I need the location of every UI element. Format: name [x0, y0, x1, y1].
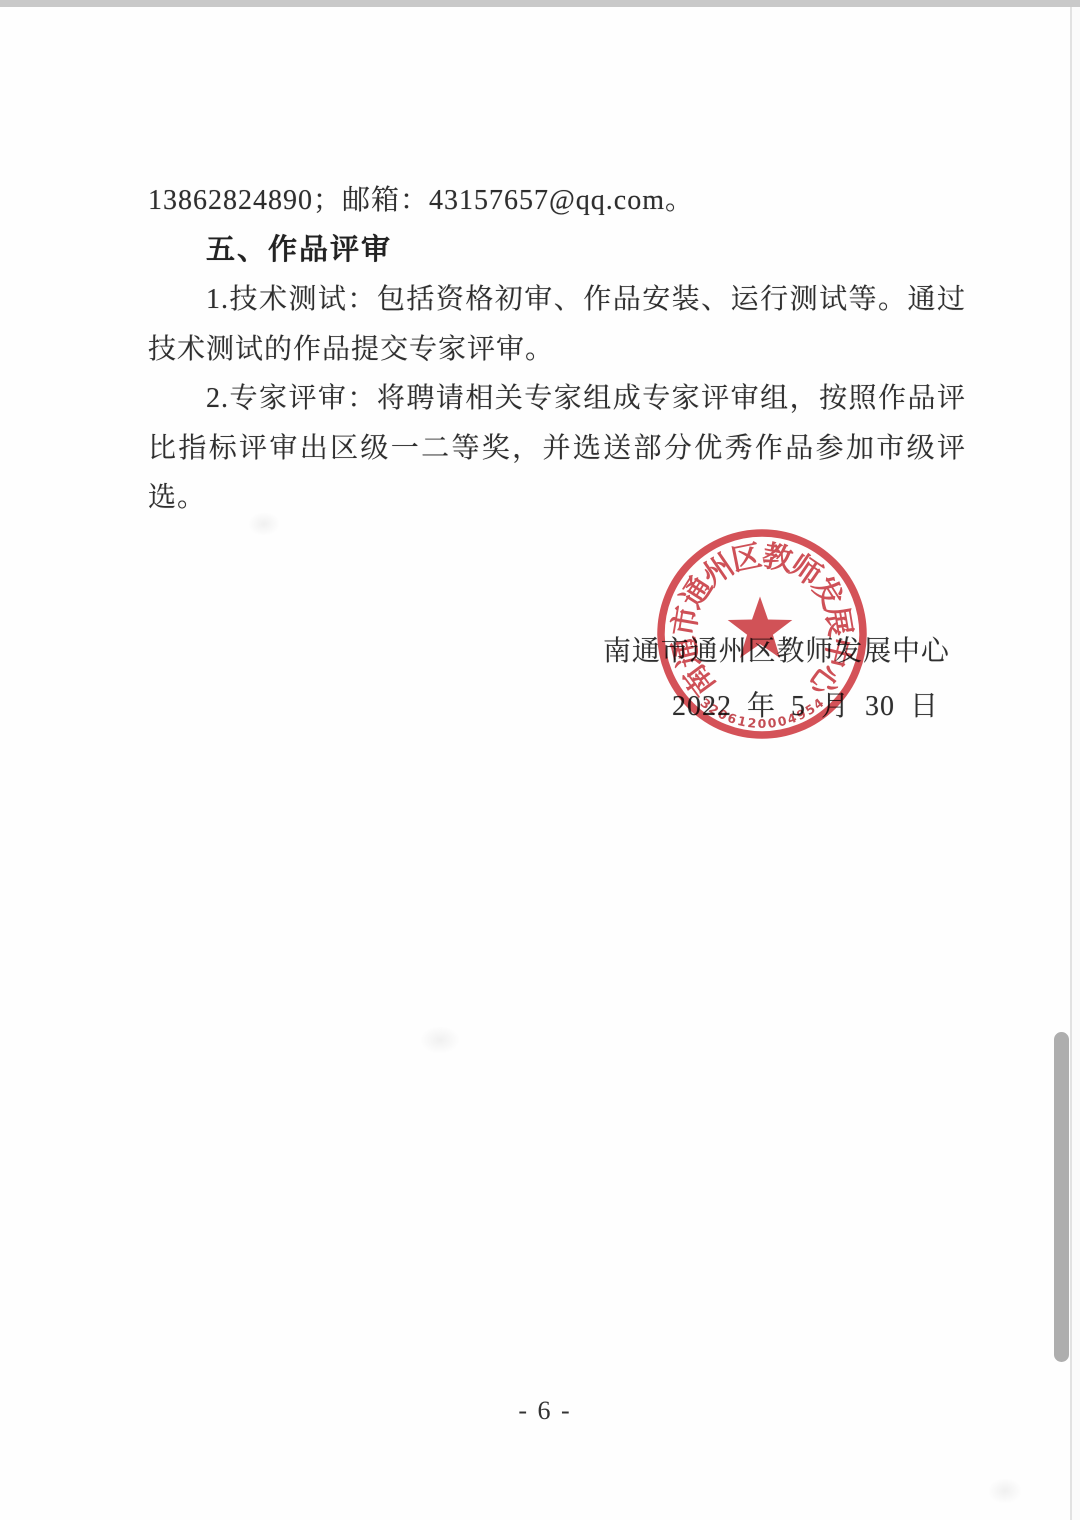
- paragraph-line: 1.技术测试：包括资格初审、作品安装、运行测试等。通过: [148, 275, 966, 325]
- text-column: 13862824890；邮箱：43157657@qq.com。 五、作品评审 1…: [148, 176, 966, 523]
- scan-smudge: [988, 1478, 1022, 1504]
- page-edge-line: [1070, 7, 1072, 1520]
- scan-smudge: [248, 512, 280, 536]
- svg-text:通: 通: [668, 634, 707, 671]
- svg-text:区: 区: [729, 539, 765, 577]
- star-icon: [728, 597, 793, 659]
- paragraphs: 1.技术测试：包括资格初审、作品安装、运行测试等。通过技术测试的作品提交专家评审…: [148, 275, 966, 523]
- page-number: - 6 -: [445, 1396, 645, 1426]
- paragraph-line: 技术测试的作品提交专家评审。: [148, 325, 966, 375]
- svg-text:2: 2: [747, 715, 757, 731]
- scan-top-edge: [0, 0, 1080, 7]
- paragraph-line: 2.专家评审：将聘请相关专家组成专家评审组，按照作品评: [148, 374, 966, 424]
- document-page: 13862824890；邮箱：43157657@qq.com。 五、作品评审 1…: [0, 0, 1080, 1520]
- contact-line: 13862824890；邮箱：43157657@qq.com。: [148, 176, 966, 226]
- paragraph-line: 比指标评审出区级一二等奖，并选送部分优秀作品参加市级评: [148, 424, 966, 474]
- page-right-margin: [1072, 7, 1080, 1520]
- official-seal: 南通市通州区教师发展中心 3206120004954: [652, 524, 872, 744]
- section-heading: 五、作品评审: [148, 226, 966, 276]
- scrollbar-thumb[interactable]: [1054, 1032, 1069, 1362]
- svg-text:0: 0: [758, 716, 767, 731]
- scan-smudge: [420, 1026, 460, 1054]
